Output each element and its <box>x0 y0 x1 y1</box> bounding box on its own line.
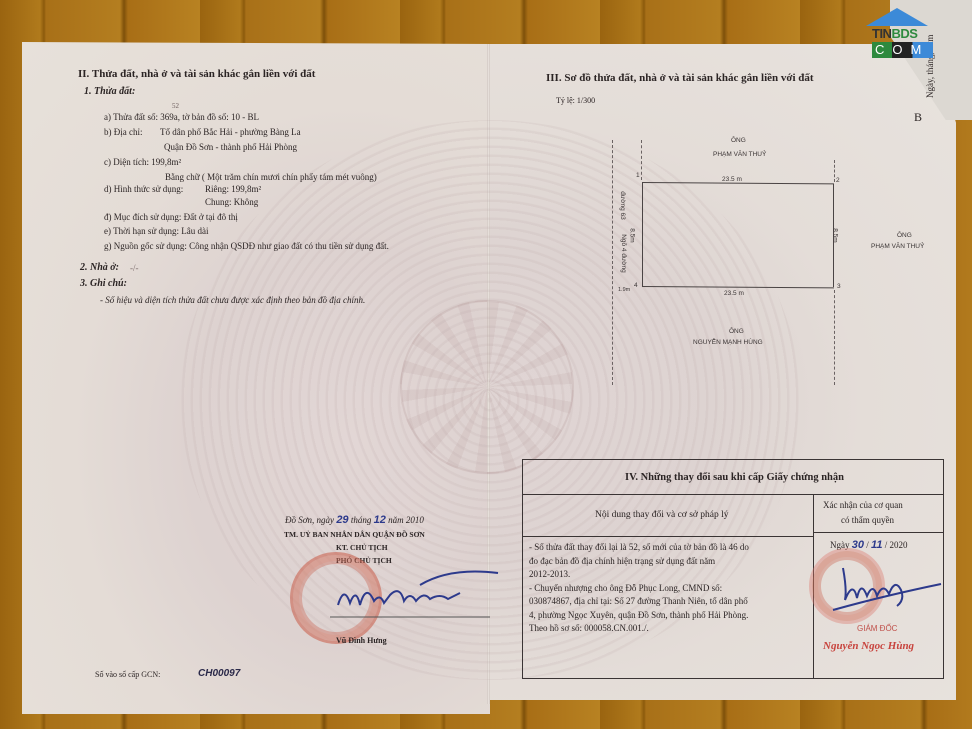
road-boundary-line <box>612 140 613 385</box>
east-neighbor-title: ÔNG <box>897 232 912 239</box>
content-line: 4, phường Ngọc Xuyên, quận Đồ Sơn, thành… <box>529 609 749 623</box>
change-content: - Số thửa đất thay đổi lại là 52, số mới… <box>529 541 749 636</box>
content-line: 030874867, địa chỉ tại: Số 27 đường Than… <box>529 595 749 609</box>
notes-text: - Số hiệu và diện tích thửa đất chưa đượ… <box>100 295 365 305</box>
usage-term: e) Thời hạn sử dụng: Lâu dài <box>104 226 208 236</box>
south-neighbor-title: ÔNG <box>729 328 744 335</box>
signing-month: 12 <box>374 514 386 526</box>
confirm-name: Nguyễn Ngọc Hùng <box>823 640 914 652</box>
signing-place-date: Đồ Sơn, ngày 29 tháng 12 năm 2010 <box>285 514 424 526</box>
parcel-number-annotation: 52 <box>172 102 179 110</box>
confirm-title: GIÁM ĐỐC <box>857 624 897 633</box>
table-divider-right <box>813 532 943 533</box>
house-value: -/- <box>130 263 139 273</box>
col1-header: Nội dung thay đổi và cơ sở pháp lý <box>595 510 729 520</box>
authority: TM. UỶ BAN NHÂN DÂN QUẬN ĐỒ SƠN <box>284 530 425 539</box>
usage-form-label: d) Hình thức sử dụng: <box>104 184 183 194</box>
vertex-1: 1 <box>636 172 640 179</box>
confirm-year: 2020 <box>889 540 907 550</box>
corner-mark: B <box>914 110 922 125</box>
signing-day: 29 <box>336 514 348 526</box>
top-edge-length: 23.5 m <box>722 176 742 183</box>
north-neighbor-name: PHẠM VĂN THUỶ <box>713 151 766 158</box>
logo-line1: TINBDS <box>872 26 917 41</box>
month-label: tháng <box>351 515 372 525</box>
content-line: - Số thửa đất thay đổi lại là 52, số mới… <box>529 541 749 555</box>
scale: Tỷ lệ: 1/300 <box>556 96 595 105</box>
table-divider-header <box>523 494 943 495</box>
extension-line-left <box>641 140 642 180</box>
extension-line-right <box>834 160 835 182</box>
place-date-prefix: Đồ Sơn, ngày <box>285 515 334 525</box>
usage-origin: g) Nguồn gốc sử dụng: Công nhận QSDĐ như… <box>104 241 389 251</box>
registry-number: CH00097 <box>198 668 240 679</box>
col2-header-line1: Xác nhận của cơ quan <box>823 500 903 510</box>
section-ii-title: II. Thửa đất, nhà ở và tài sản khác gắn … <box>78 68 315 80</box>
parcel-heading: 1. Thửa đất: <box>84 86 135 97</box>
watermark-logo: TINBDS COM <box>862 6 932 62</box>
content-line: - Chuyển nhượng cho ông Đỗ Phục Long, CM… <box>529 582 749 596</box>
signing-year: 2010 <box>406 515 424 525</box>
address-line2: Quận Đồ Sơn - thành phố Hải Phòng <box>164 142 297 152</box>
changes-table: IV. Những thay đổi sau khi cấp Giấy chứn… <box>522 459 944 679</box>
right-edge-length: 8.5m <box>832 228 839 242</box>
extension-line-right-lower <box>834 290 835 385</box>
section-iii-title: III. Sơ đồ thửa đất, nhà ở và tài sản kh… <box>546 72 814 84</box>
table-divider-content <box>523 536 813 537</box>
bottom-edge-length: 23.5 m <box>724 290 744 297</box>
notes-heading: 3. Ghi chú: <box>80 278 127 289</box>
address-label: b) Địa chỉ: <box>104 127 143 137</box>
usage-private: Riêng: 199,8m² <box>205 184 261 194</box>
area-in-words: Bằng chữ ( Một trăm chín mươi chín phẩy … <box>165 172 377 182</box>
registry-label: Số vào sổ cấp GCN: <box>95 670 160 679</box>
logo-line2: COM <box>872 42 933 58</box>
parcel-number: a) Thửa đất số: 369a, tờ bản đồ số: 10 -… <box>104 112 259 122</box>
setback-label: 1.9m <box>618 287 630 293</box>
content-line: Theo hồ sơ số: 000058.CN.001./. <box>529 622 749 636</box>
logo-tin: TIN <box>872 26 891 41</box>
north-neighbor-title: ÔNG <box>731 137 746 144</box>
signature-right <box>823 560 943 615</box>
south-neighbor-name: NGUYỄN MẠNH HÙNG <box>693 339 763 346</box>
changes-table-title: IV. Những thay đổi sau khi cấp Giấy chứn… <box>625 472 844 483</box>
left-edge-length: 8.5m <box>629 228 636 242</box>
road-label: đường 63 <box>619 191 626 220</box>
vertex-3: 3 <box>837 283 841 290</box>
house-roof-icon <box>862 6 932 28</box>
signature-left <box>330 565 500 625</box>
house-heading: 2. Nhà ở: <box>80 262 119 273</box>
alley-label: Ngõ 4 đường <box>620 234 627 273</box>
area: c) Diện tích: 199,8m² <box>104 157 181 167</box>
vertex-4: 4 <box>634 282 638 289</box>
content-line: 2012-2013. <box>529 568 749 582</box>
address-line1: Tổ dân phố Bắc Hải - phường Bàng La <box>160 127 301 137</box>
logo-bds: BDS <box>891 26 917 41</box>
col2-header-line2: có thẩm quyền <box>841 515 894 525</box>
watermark-star <box>400 300 574 474</box>
on-behalf: KT. CHỦ TỊCH <box>336 543 388 552</box>
usage-shared: Chung: Không <box>205 197 258 207</box>
confirm-month: 11 <box>871 539 882 551</box>
usage-purpose: đ) Mục đích sử dụng: Đất ở tại đô thị <box>104 212 238 222</box>
east-neighbor-name: PHẠM VĂN THUỶ <box>871 243 924 250</box>
vertex-2: 2 <box>836 177 840 184</box>
year-label: năm <box>388 515 404 525</box>
plot-edge-left <box>642 182 643 286</box>
content-line: đo đạc bản đồ địa chính hiện trạng sử dụ… <box>529 555 749 569</box>
signer-name: Vũ Đình Hưng <box>336 636 387 645</box>
